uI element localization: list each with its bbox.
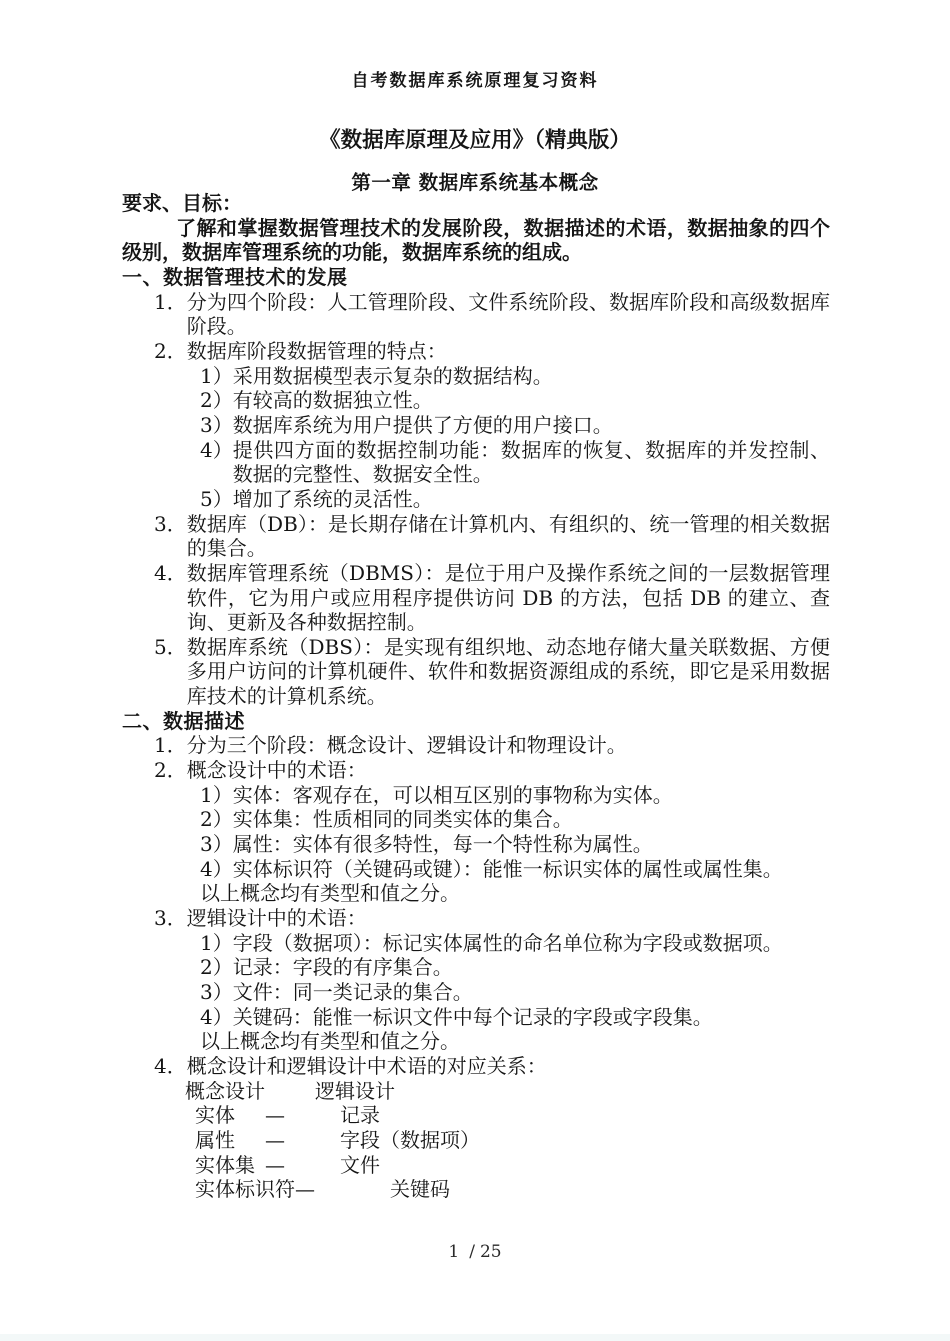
sub-list-item: 2） 实体集：性质相同的同类实体的集合。 (122, 807, 830, 832)
sub-item-number: 4） (200, 438, 233, 487)
sub-list-item: 1） 采用数据模型表示复杂的数据结构。 (122, 364, 830, 389)
list-item: 2． 概念设计中的术语： (122, 758, 830, 783)
sub-list-item: 4） 提供四方面的数据控制功能：数据库的恢复、数据库的并发控制、数据的完整性、数… (122, 438, 830, 487)
list-item-number: 2． (154, 758, 187, 783)
list-item-number: 1． (154, 733, 187, 758)
mapping-term-right: 记录 (340, 1103, 380, 1128)
running-header: 自考数据库系统原理复习资料 (0, 66, 950, 91)
term-mapping-row: 属性 — 字段（数据项） (185, 1128, 830, 1153)
mapping-dash: — (265, 1153, 340, 1178)
sub-item-text: 提供四方面的数据控制功能：数据库的恢复、数据库的并发控制、数据的完整性、数据安全… (233, 438, 830, 487)
list-item: 1． 分为四个阶段：人工管理阶段、文件系统阶段、数据库阶段和高级数据库阶段。 (122, 290, 830, 339)
list-item-number: 3． (154, 512, 187, 561)
mapping-term-left: 实体 (195, 1103, 265, 1128)
sub-item-number: 2） (200, 955, 233, 980)
sub-item-text: 文件：同一类记录的集合。 (233, 980, 830, 1005)
list-item-number: 4． (154, 1054, 187, 1079)
list-item-text: 分为四个阶段：人工管理阶段、文件系统阶段、数据库阶段和高级数据库阶段。 (187, 290, 830, 339)
sub-list-item: 4） 关键码：能惟一标识文件中每个记录的字段或字段集。 (122, 1005, 830, 1030)
list-item-number: 2． (154, 339, 187, 364)
list-item-number: 4． (154, 561, 187, 635)
concept-note: 以上概念均有类型和值之分。 (122, 881, 830, 906)
page-bottom-edge (0, 1334, 950, 1341)
sub-item-text: 关键码：能惟一标识文件中每个记录的字段或字段集。 (233, 1005, 830, 1030)
list-item-number: 1． (154, 290, 187, 339)
sub-item-number: 2） (200, 388, 233, 413)
mapping-column-left: 概念设计 (185, 1079, 315, 1104)
term-mapping-row: 实体标识符— 关键码 (185, 1177, 830, 1202)
mapping-dash (315, 1177, 390, 1202)
sub-item-number: 2） (200, 807, 233, 832)
list-item-text: 数据库阶段数据管理的特点： (187, 339, 830, 364)
mapping-dash: — (265, 1103, 340, 1128)
list-item-text: 数据库管理系统（DBMS）：是位于用户及操作系统之间的一层数据管理软件，它为用户… (187, 561, 830, 635)
sub-item-number: 4） (200, 1005, 233, 1030)
concept-note: 以上概念均有类型和值之分。 (122, 1029, 830, 1054)
list-item-text: 逻辑设计中的术语： (187, 906, 830, 931)
sub-item-text: 属性：实体有很多特性，每一个特性称为属性。 (233, 832, 830, 857)
sub-item-text: 增加了系统的灵活性。 (233, 487, 830, 512)
mapping-term-left: 属性 (195, 1128, 265, 1153)
mapping-term-left: 实体集 (195, 1153, 265, 1178)
page-number-total: 25 (480, 1242, 502, 1262)
requirements-label: 要求、目标： (122, 191, 830, 216)
list-item: 4． 数据库管理系统（DBMS）：是位于用户及操作系统之间的一层数据管理软件，它… (122, 561, 830, 635)
doc-title: 《数据库原理及应用》（精典版） (0, 123, 950, 154)
sub-item-text: 实体集：性质相同的同类实体的集合。 (233, 807, 830, 832)
sub-item-text: 记录：字段的有序集合。 (233, 955, 830, 980)
mapping-dash: — (265, 1128, 340, 1153)
section-2-heading: 二、数据描述 (122, 709, 830, 734)
sub-item-text: 采用数据模型表示复杂的数据结构。 (233, 364, 830, 389)
list-item-text: 数据库（DB）：是长期存储在计算机内、有组织的、统一管理的相关数据的集合。 (187, 512, 830, 561)
term-mapping-header: 概念设计 逻辑设计 (185, 1079, 830, 1104)
sub-list-item: 3） 数据库系统为用户提供了方便的用户接口。 (122, 413, 830, 438)
document-page: 自考数据库系统原理复习资料 《数据库原理及应用》（精典版） 第一章 数据库系统基… (0, 0, 950, 1341)
term-mapping-table: 概念设计 逻辑设计 实体 — 记录 属性 — 字段（数据项） 实体集 — 文件 … (122, 1079, 830, 1202)
list-item-number: 3． (154, 906, 187, 931)
document-body: 要求、目标： 了解和掌握数据管理技术的发展阶段，数据描述的术语，数据抽象的四个级… (122, 191, 830, 1202)
sub-list-item: 5） 增加了系统的灵活性。 (122, 487, 830, 512)
page-number: 1/25 (0, 1242, 950, 1262)
sub-item-number: 5） (200, 487, 233, 512)
list-item-number: 5． (154, 635, 187, 709)
mapping-term-right: 关键码 (390, 1177, 450, 1202)
sub-list-item: 1） 实体：客观存在，可以相互区别的事物称为实体。 (122, 783, 830, 808)
sub-item-number: 1） (200, 931, 233, 956)
sub-list-item: 4） 实体标识符（关键码或键）：能惟一标识实体的属性或属性集。 (122, 857, 830, 882)
mapping-term-right: 字段（数据项） (340, 1128, 480, 1153)
sub-list-item: 2） 记录：字段的有序集合。 (122, 955, 830, 980)
sub-item-number: 1） (200, 783, 233, 808)
term-mapping-row: 实体 — 记录 (185, 1103, 830, 1128)
sub-list-item: 1） 字段（数据项）：标记实体属性的命名单位称为字段或数据项。 (122, 931, 830, 956)
mapping-column-right: 逻辑设计 (315, 1079, 395, 1104)
sub-item-number: 3） (200, 980, 233, 1005)
list-item-text: 分为三个阶段：概念设计、逻辑设计和物理设计。 (187, 733, 830, 758)
list-item: 5． 数据库系统（DBS）：是实现有组织地、动态地存储大量关联数据、方便多用户访… (122, 635, 830, 709)
list-item: 3． 数据库（DB）：是长期存储在计算机内、有组织的、统一管理的相关数据的集合。 (122, 512, 830, 561)
sub-item-number: 1） (200, 364, 233, 389)
sub-item-text: 数据库系统为用户提供了方便的用户接口。 (233, 413, 830, 438)
list-item: 1． 分为三个阶段：概念设计、逻辑设计和物理设计。 (122, 733, 830, 758)
sub-item-number: 3） (200, 413, 233, 438)
sub-item-number: 4） (200, 857, 233, 882)
sub-list-item: 3） 属性：实体有很多特性，每一个特性称为属性。 (122, 832, 830, 857)
sub-item-text: 字段（数据项）：标记实体属性的命名单位称为字段或数据项。 (233, 931, 830, 956)
list-item: 3． 逻辑设计中的术语： (122, 906, 830, 931)
section-1-heading: 一、数据管理技术的发展 (122, 265, 830, 290)
page-number-separator: / (469, 1242, 475, 1262)
sub-item-text: 实体标识符（关键码或键）：能惟一标识实体的属性或属性集。 (233, 857, 830, 882)
mapping-term-right: 文件 (340, 1153, 380, 1178)
mapping-term-left: 实体标识符— (195, 1177, 315, 1202)
list-item-text: 数据库系统（DBS）：是实现有组织地、动态地存储大量关联数据、方便多用户访问的计… (187, 635, 830, 709)
sub-item-text: 有较高的数据独立性。 (233, 388, 830, 413)
term-mapping-row: 实体集 — 文件 (185, 1153, 830, 1178)
sub-item-number: 3） (200, 832, 233, 857)
list-item: 4． 概念设计和逻辑设计中术语的对应关系： (122, 1054, 830, 1079)
sub-list-item: 3） 文件：同一类记录的集合。 (122, 980, 830, 1005)
list-item-text: 概念设计中的术语： (187, 758, 830, 783)
page-number-current: 1 (448, 1242, 459, 1262)
list-item-text: 概念设计和逻辑设计中术语的对应关系： (187, 1054, 830, 1079)
intro-paragraph: 了解和掌握数据管理技术的发展阶段，数据描述的术语，数据抽象的四个级别，数据库管理… (122, 216, 830, 265)
list-item: 2． 数据库阶段数据管理的特点： (122, 339, 830, 364)
sub-list-item: 2） 有较高的数据独立性。 (122, 388, 830, 413)
sub-item-text: 实体：客观存在，可以相互区别的事物称为实体。 (233, 783, 830, 808)
